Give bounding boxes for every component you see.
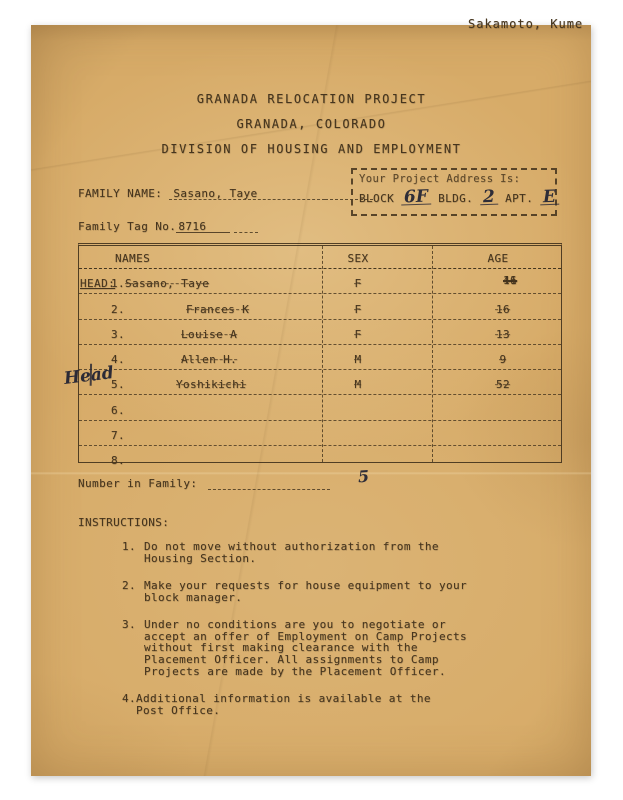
member-sex: F: [323, 303, 393, 316]
instruction-number: 4.: [122, 693, 136, 717]
instruction-text: Additional information is available at t…: [136, 693, 431, 717]
family-name-label: FAMILY NAME:: [78, 187, 162, 200]
instruction-text: Under no conditions are you to negotiate…: [144, 619, 467, 679]
bldg-value-handwritten: 2: [480, 190, 498, 206]
family-name-value: Sasano, Taye: [169, 187, 325, 200]
instructions-title: INSTRUCTIONS:: [78, 516, 169, 529]
row-number: 6.: [111, 404, 125, 417]
header-project-title: GRANADA RELOCATION PROJECT: [0, 87, 623, 112]
number-in-family-value-handwritten: 5: [358, 467, 370, 487]
family-tag-value: 8716: [176, 220, 230, 233]
family-name-row: FAMILY NAME: Sasano, Taye: [78, 187, 373, 200]
apt-label: APT.: [505, 192, 533, 205]
age-corrected: 41: [503, 274, 517, 287]
column-header-age: AGE: [443, 252, 553, 265]
family-tag-row: Family Tag No.8716: [78, 220, 258, 233]
address-box-title: Your Project Address Is:: [359, 173, 550, 185]
member-name: Louise A: [181, 328, 237, 341]
apt-value-handwritten: E: [540, 190, 559, 206]
member-age: 16: [443, 303, 563, 316]
family-tag-fill-line: [234, 220, 258, 233]
member-age: 52: [443, 378, 563, 391]
instruction-text: Do not move without authorization from t…: [144, 541, 439, 565]
table-row: 5. Yoshikichi M 52: [79, 370, 561, 395]
member-sex: F: [323, 328, 393, 341]
table-row: 6.: [79, 395, 561, 420]
column-header-names: NAMES: [115, 252, 150, 265]
instruction-item: 3. Under no conditions are you to negoti…: [122, 619, 522, 679]
document-header: GRANADA RELOCATION PROJECT GRANADA, COLO…: [0, 87, 623, 162]
corner-annotation-name: Sakamoto, Kume: [468, 17, 583, 31]
member-age: 13: [443, 328, 563, 341]
bldg-label: BLDG.: [438, 192, 473, 205]
instruction-item: 2. Make your requests for house equipmen…: [122, 580, 522, 604]
table-row: 4. Allen H. M 9: [79, 345, 561, 370]
instruction-number: 3.: [122, 619, 144, 679]
family-members-table: NAMES SEX AGE HEAD: 1. Sasano, Taye F 16…: [78, 243, 562, 463]
project-address-box: Your Project Address Is: BLOCK 6F BLDG. …: [351, 168, 557, 216]
row-number: 3.: [111, 328, 125, 341]
member-sex: F: [323, 277, 393, 290]
row-number: 1.: [111, 277, 125, 290]
block-label: BLOCK: [359, 192, 394, 205]
block-value-handwritten: 6F: [401, 189, 431, 205]
member-sex: M: [323, 378, 393, 391]
header-location: GRANADA, COLORADO: [0, 112, 623, 137]
member-name: Allen H.: [181, 353, 237, 366]
head-designation-label: HEAD:: [80, 277, 115, 290]
scanned-document-page: { "colors": { "paper": "#d7ab68", "ink_t…: [0, 0, 623, 800]
member-age: 9: [443, 353, 563, 366]
table-row: 8.: [79, 446, 561, 470]
table-row: HEAD: 1. Sasano, Taye F 1641: [79, 269, 561, 294]
instruction-text: Make your requests for house equipment t…: [144, 580, 467, 604]
header-division: DIVISION OF HOUSING AND EMPLOYMENT: [0, 137, 623, 162]
number-in-family-fill-line: 5: [208, 477, 330, 490]
column-header-sex: SEX: [323, 252, 393, 265]
instruction-number: 2.: [122, 580, 144, 604]
number-in-family-label: Number in Family:: [78, 477, 197, 490]
table-row: 7.: [79, 421, 561, 446]
row-number: 8.: [111, 454, 125, 467]
family-tag-label: Family Tag No.: [78, 220, 176, 233]
number-in-family-row: Number in Family: 5: [78, 477, 330, 490]
table-row: 3. Louise A F 13: [79, 320, 561, 345]
row-number: 4.: [111, 353, 125, 366]
member-name: Frances K: [186, 303, 249, 316]
instruction-item: 1. Do not move without authorization fro…: [122, 541, 522, 565]
row-number: 7.: [111, 429, 125, 442]
member-sex: M: [323, 353, 393, 366]
table-row: 2. Frances K F 16: [79, 294, 561, 319]
address-box-values: BLOCK 6F BLDG. 2 APT. E: [359, 190, 553, 205]
instruction-number: 1.: [122, 541, 144, 565]
instructions-list: 1. Do not move without authorization fro…: [122, 541, 522, 732]
member-name: Sasano, Taye: [125, 277, 209, 290]
table-header-row: NAMES SEX AGE: [79, 246, 561, 269]
member-name: Yoshikichi: [176, 378, 246, 391]
instruction-item: 4. Additional information is available a…: [122, 693, 522, 717]
row-number: 2.: [111, 303, 125, 316]
